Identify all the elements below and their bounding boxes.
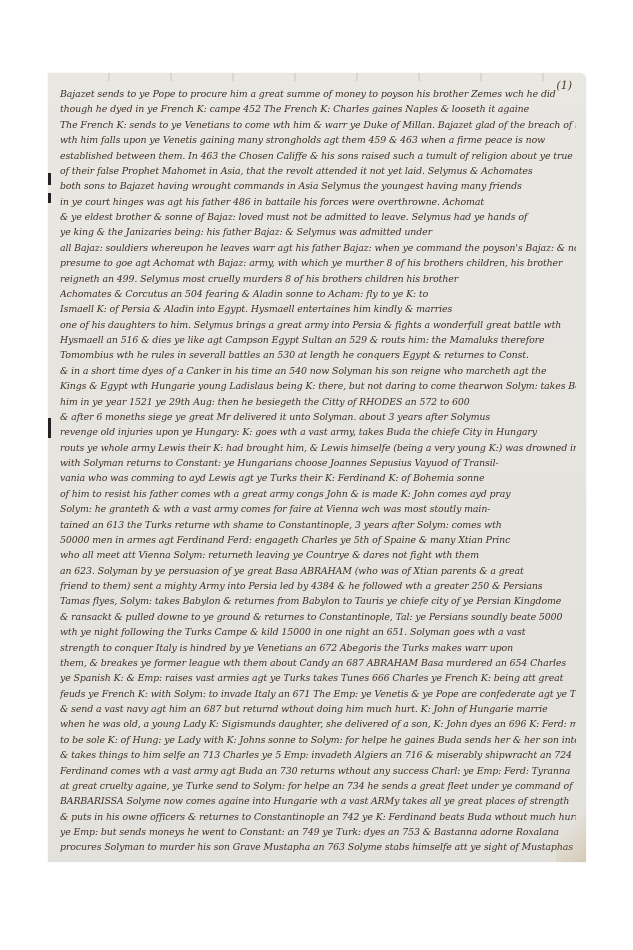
manuscript-line: at great cruelty againe, ye Turke send t… <box>60 779 576 794</box>
manuscript-line: wth ye night following the Turks Campe &… <box>60 625 576 640</box>
manuscript-line: vania who was comming to ayd Lewis agt y… <box>60 471 576 486</box>
manuscript-line: them, & breakes ye former league wth the… <box>60 656 576 671</box>
manuscript-line: ye Emp: but sends moneys he went to Cons… <box>60 825 576 840</box>
manuscript-line: an 623. Solyman by ye persuasion of ye g… <box>60 564 576 579</box>
manuscript-line: & in a short time dyes of a Canker in hi… <box>60 364 576 379</box>
manuscript-line: Tomombius wth he rules in severall battl… <box>60 348 576 363</box>
manuscript-line: though he dyed in ye French K: campe 452… <box>60 102 576 117</box>
manuscript-line: to be sole K: of Hung: ye Lady with K: J… <box>60 733 576 748</box>
manuscript-line: & takes things to him selfe an 713 Charl… <box>60 748 576 763</box>
manuscript-line: Ferdinand comes wth a vast army agt Buda… <box>60 764 576 779</box>
manuscript-line: 50000 men in armes agt Ferdinand Ferd: e… <box>60 533 576 548</box>
margin-mark <box>48 418 51 438</box>
manuscript-line: Bajazet sends to ye Pope to procure him … <box>60 87 576 102</box>
manuscript-line: ye Spanish K: & Emp: raises vast armies … <box>60 671 576 686</box>
manuscript-line: tained an 613 the Turks returne wth sham… <box>60 518 576 533</box>
manuscript-line: revenge old injuries upon ye Hungary: K:… <box>60 425 576 440</box>
manuscript-line: feuds ye French K: with Solym: to invade… <box>60 687 576 702</box>
manuscript-line: one of his daughters to him. Selymus bri… <box>60 318 576 333</box>
manuscript-line: him in ye year 1521 ye 29th Aug: then he… <box>60 395 576 410</box>
manuscript-line: who all meet att Vienna Solym: returneth… <box>60 548 576 563</box>
manuscript-line: & send a vast navy agt him an 687 but re… <box>60 702 576 717</box>
manuscript-line: & ransackt & pulled downe to ye ground &… <box>60 610 576 625</box>
manuscript-line: & puts in his owne officers & returnes t… <box>60 810 576 825</box>
manuscript-line: reigneth an 499. Selymus most cruelly mu… <box>60 272 576 287</box>
manuscript-line: in ye court hinges was agt his father 48… <box>60 195 576 210</box>
manuscript-line: Hysmaell an 516 & dies ye like agt Camps… <box>60 333 576 348</box>
manuscript-line: both sons to Bajazet having wrought comm… <box>60 179 576 194</box>
manuscript-line: friend to them) sent a mighty Army into … <box>60 579 576 594</box>
manuscript-line: Kings & Egypt wth Hungarie young Ladisla… <box>60 379 576 394</box>
manuscript-text: Bajazet sends to ye Pope to procure him … <box>60 87 576 856</box>
manuscript-line: Tamas flyes, Solym: takes Babylon & retu… <box>60 594 576 609</box>
manuscript-line: Achomates & Corcutus an 504 fearing & Al… <box>60 287 576 302</box>
manuscript-line: presume to goe agt Achomat wth Bajaz: ar… <box>60 256 576 271</box>
manuscript-line: Solym: he granteth & wth a vast army com… <box>60 502 576 517</box>
manuscript-line: & after 6 moneths siege ye great Mr deli… <box>60 410 576 425</box>
manuscript-line: all Bajaz: souldiers whereupon he leaves… <box>60 241 576 256</box>
manuscript-line: The French K: sends to ye Venetians to c… <box>60 118 576 133</box>
manuscript-line: routs ye whole army Lewis their K: had b… <box>60 441 576 456</box>
ruled-line-ghosts <box>48 73 586 81</box>
manuscript-line: when he was old, a young Lady K: Sigismu… <box>60 717 576 732</box>
manuscript-line: procures Solyman to murder his son Grave… <box>60 840 576 855</box>
manuscript-line: of him to resist his father comes wth a … <box>60 487 576 502</box>
margin-mark <box>48 173 51 185</box>
manuscript-page: (1) Bajazet sends to ye Pope to procure … <box>48 73 586 862</box>
manuscript-line: strength to conquer Italy is hindred by … <box>60 641 576 656</box>
manuscript-line: with Solyman returns to Constant: ye Hun… <box>60 456 576 471</box>
manuscript-line: established between them. In 463 the Cho… <box>60 149 576 164</box>
manuscript-line: ye king & the Janizaries being: his fath… <box>60 225 576 240</box>
manuscript-line: Ismaell K: of Persia & Aladin into Egypt… <box>60 302 576 317</box>
manuscript-line: & ye eldest brother & sonne of Bajaz: lo… <box>60 210 576 225</box>
manuscript-line: BARBARISSA Solyme now comes againe into … <box>60 794 576 809</box>
manuscript-line: wth him falls upon ye Venetis gaining ma… <box>60 133 576 148</box>
margin-mark <box>48 193 51 203</box>
manuscript-line: of their false Prophet Mahomet in Asia, … <box>60 164 576 179</box>
